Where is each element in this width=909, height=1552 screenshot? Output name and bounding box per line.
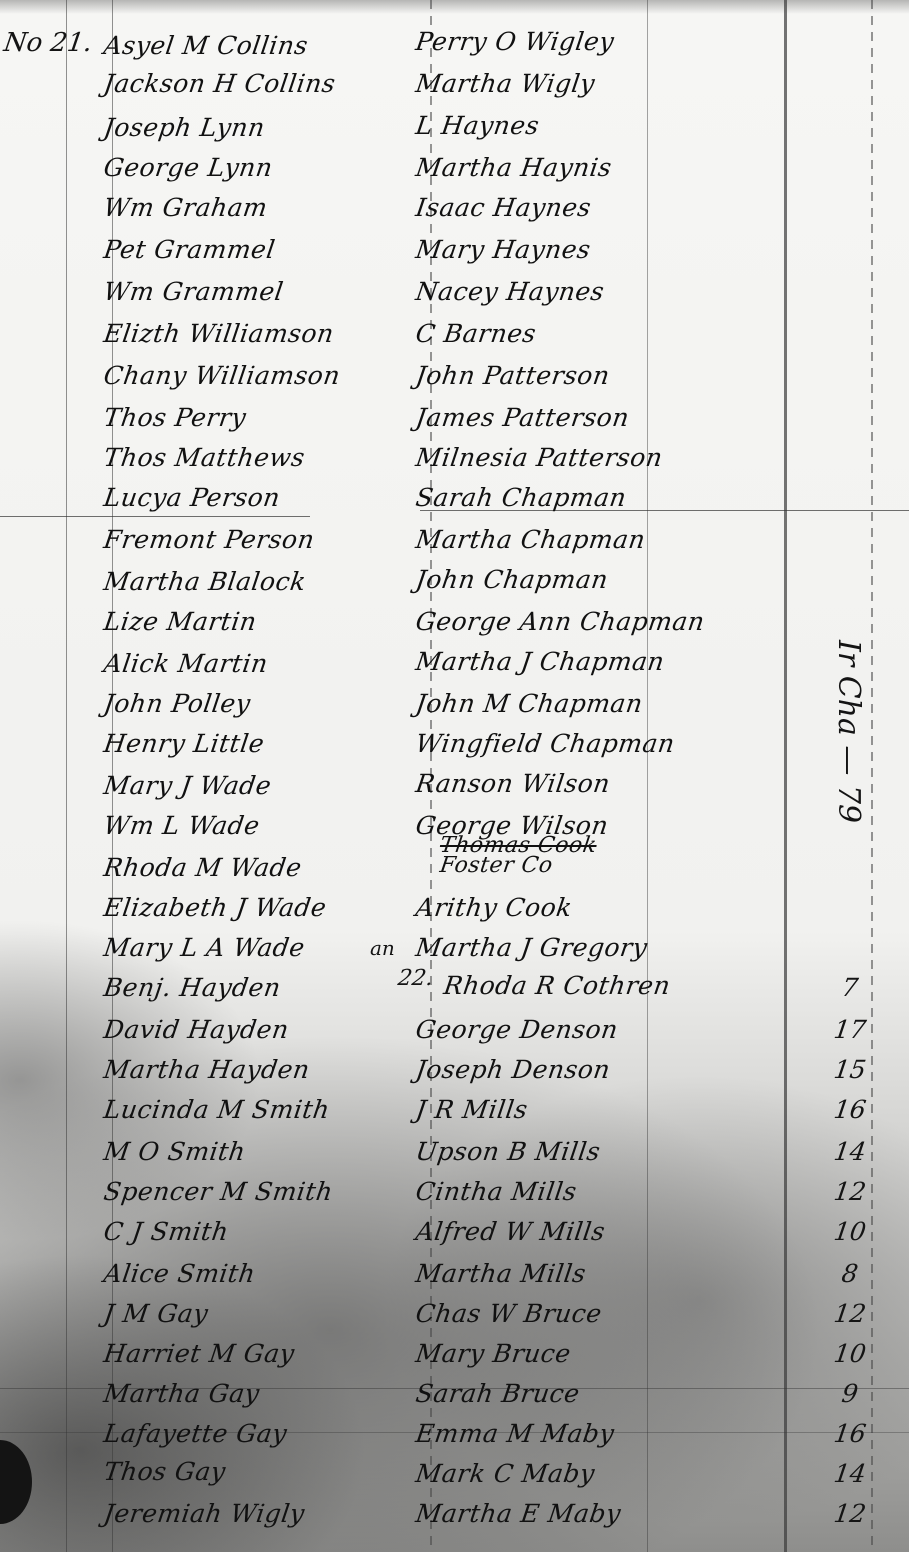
left-entry: Harriet M Gay (104, 1334, 294, 1372)
section-number-22: 22. (396, 966, 435, 991)
right-entry: Chas W Bruce (416, 1294, 602, 1332)
age-value: 12 (823, 1172, 876, 1210)
left-entry: Mary J Wade (104, 766, 271, 804)
column-rule-4 (784, 0, 787, 1552)
margin-annotation: Ir Cha — 79 (831, 640, 866, 823)
left-entry: Jeremiah Wigly (104, 1494, 305, 1532)
age-value: 10 (823, 1212, 876, 1250)
left-entry: Thos Matthews (104, 438, 305, 476)
right-entry: Mary Haynes (416, 230, 591, 268)
ink-blot (0, 1440, 32, 1524)
row-rule-1 (0, 516, 310, 517)
age-value: 16 (823, 1090, 876, 1128)
right-entry: L Haynes (416, 106, 539, 144)
right-entry: John Chapman (416, 560, 608, 598)
left-entry: Thos Perry (104, 398, 246, 436)
right-entry: Wingfield Chapman (416, 724, 675, 762)
age-value: 14 (823, 1132, 876, 1170)
right-entry: Upson B Mills (416, 1132, 600, 1170)
age-value: 9 (823, 1374, 876, 1412)
right-entry: Sarah Chapman (416, 478, 626, 516)
age-value: 8 (823, 1254, 876, 1292)
right-entry: Arithy Cook (416, 888, 572, 926)
left-entry: M O Smith (104, 1132, 245, 1170)
left-entry: Wm Graham (104, 188, 267, 226)
age-value: 10 (823, 1334, 876, 1372)
left-entry: Benj. Hayden (104, 968, 281, 1006)
right-entry: Mary Bruce (416, 1334, 571, 1372)
right-entry: Martha Chapman (416, 520, 645, 558)
left-entry: Elizth Williamson (104, 314, 334, 352)
left-entry: Henry Little (104, 724, 264, 762)
age-value: 14 (823, 1454, 876, 1492)
left-entry: Fremont Person (104, 520, 314, 558)
right-entry: Martha J Chapman (416, 642, 664, 680)
margin-rule-1 (66, 0, 67, 1552)
right-entry: Joseph Denson (416, 1050, 610, 1088)
right-entry: Perry O Wigley (416, 22, 614, 60)
scanned-page: No 21. 22. Ir Cha — 79 Asyel M Collins J… (0, 0, 909, 1552)
right-entry: James Patterson (416, 398, 629, 436)
right-entry: George Ann Chapman (416, 602, 705, 640)
right-entry: Ranson Wilson (416, 764, 610, 802)
left-entry: John Polley (104, 684, 251, 722)
page-top-edge (0, 0, 909, 14)
right-entry: Martha J Gregory (416, 928, 647, 966)
right-entry: Martha E Maby (416, 1494, 621, 1532)
left-entry: Elizabeth J Wade (104, 888, 326, 926)
right-entry: Emma M Maby (416, 1414, 614, 1452)
right-entry: J R Mills (416, 1090, 528, 1128)
right-entry: Martha Wigly (416, 64, 595, 102)
right-entry: Isaac Haynes (416, 188, 591, 226)
age-value: 7 (823, 968, 876, 1006)
right-entry: Milnesia Patterson (416, 438, 663, 476)
right-entry: Martha Haynis (416, 148, 612, 186)
left-entry: Chany Williamson (104, 356, 340, 394)
age-value: 15 (823, 1050, 876, 1088)
right-entry: Sarah Bruce (416, 1374, 580, 1412)
left-entry: Joseph Lynn (104, 108, 265, 146)
left-entry: Lafayette Gay (104, 1414, 287, 1452)
right-entry: Rhoda R Cothren (444, 966, 670, 1004)
left-entry: George Lynn (104, 148, 273, 186)
age-value: 12 (823, 1294, 876, 1332)
right-entry: Alfred W Mills (416, 1212, 605, 1250)
left-entry: Jackson H Collins (104, 64, 335, 102)
left-entry: Martha Gay (104, 1374, 259, 1412)
right-entry: Mark C Maby (416, 1454, 595, 1492)
left-entry: J M Gay (104, 1294, 208, 1332)
struck-out-entry: Thomas Cook Foster Co (440, 836, 597, 876)
left-entry: Spencer M Smith (104, 1172, 333, 1210)
left-entry: Thos Gay (104, 1452, 226, 1490)
left-entry: Pet Grammel (104, 230, 275, 268)
left-entry: Mary L A Wade (104, 928, 305, 966)
left-entry: David Hayden (104, 1010, 289, 1048)
connector-mark: an (370, 936, 395, 960)
left-entry: Lize Martin (104, 602, 257, 640)
right-entry: Martha Mills (416, 1254, 586, 1292)
age-value: 17 (823, 1010, 876, 1048)
section-number-21: No 21. (2, 28, 94, 58)
right-entry: Cintha Mills (416, 1172, 577, 1210)
right-entry: C Barnes (416, 314, 536, 352)
left-entry: Martha Hayden (104, 1050, 310, 1088)
age-value: 16 (823, 1414, 876, 1452)
left-entry: Lucya Person (104, 478, 280, 516)
column-rule-3 (647, 0, 648, 1552)
left-entry: Alick Martin (104, 644, 268, 682)
right-entry: John M Chapman (416, 684, 643, 722)
left-entry: Asyel M Collins (104, 26, 308, 64)
left-entry: Rhoda M Wade (104, 848, 302, 886)
right-entry: George Denson (416, 1010, 618, 1048)
left-entry: C J Smith (104, 1212, 229, 1250)
right-entry: Nacey Haynes (416, 272, 604, 310)
age-value: 12 (823, 1494, 876, 1532)
right-entry: John Patterson (416, 356, 610, 394)
left-entry: Martha Blalock (104, 562, 306, 600)
left-entry: Wm L Wade (104, 806, 260, 844)
left-entry: Lucinda M Smith (104, 1090, 330, 1128)
left-entry: Alice Smith (104, 1254, 255, 1292)
left-entry: Wm Grammel (104, 272, 283, 310)
